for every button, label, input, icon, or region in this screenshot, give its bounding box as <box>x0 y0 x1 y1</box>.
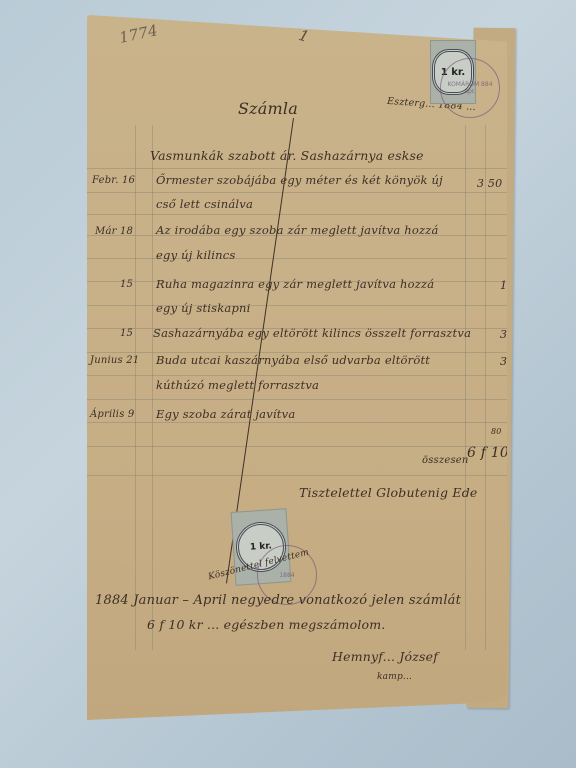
page-number: 1 <box>296 26 311 46</box>
entry-date: Febr. 16 <box>92 175 135 186</box>
ruled-line <box>87 168 507 169</box>
document-title: Számla <box>238 99 298 118</box>
footer-note-line1: 1884 Januar – April negyedre vonatkozó j… <box>95 593 461 608</box>
margin-rule <box>152 125 153 650</box>
total-amount: 6 f 10 <box>467 445 509 461</box>
ruled-line <box>87 422 507 423</box>
entry-line: egy új kilincs <box>156 248 236 262</box>
ruled-line <box>87 399 507 400</box>
entry-line: kúthúzó meglett forrasztva <box>156 378 319 392</box>
total-superscript: 80 <box>491 427 502 436</box>
archive-number: 1774 <box>118 21 160 47</box>
entry-line: Egy szoba zárat javítva <box>156 407 295 421</box>
margin-rule <box>135 125 136 650</box>
amount-rule <box>485 125 486 650</box>
signature: Hemnyf... József <box>332 649 438 664</box>
total-label: összesen <box>422 455 469 466</box>
entry-line: Sashazárnyába egy eltörött kilincs össze… <box>153 326 471 340</box>
invoice-paper: 1774 1 Számla Eszterg... 1884 ... Vasmun… <box>87 15 507 720</box>
entry-date: Már 18 <box>95 226 133 237</box>
ruled-line <box>87 192 507 193</box>
amount-rule <box>465 125 466 650</box>
entry-date: Április 9 <box>90 409 134 420</box>
ruled-line <box>87 305 507 306</box>
signoff: Tisztelettel Globutenig Ede <box>299 485 478 500</box>
entry-line: Az irodába egy szoba zár meglett javítva… <box>156 223 439 237</box>
entry-date: 15 <box>120 279 133 290</box>
ruled-line <box>87 446 507 447</box>
ruled-line <box>87 375 507 376</box>
entry-line: egy új stiskapni <box>156 301 251 315</box>
entry-date: Junius 21 <box>90 355 139 366</box>
entry-line: Ruha magazinra egy zár meglett javítva h… <box>156 277 434 291</box>
ruled-line <box>87 258 507 259</box>
footer-note-line2: 6 f 10 kr ... egészben megszámolom. <box>147 617 385 632</box>
signature-title: kamp... <box>377 672 412 682</box>
entry-line: Őrmester szobájába egy méter és két köny… <box>156 173 443 187</box>
ruled-line <box>87 214 507 215</box>
postmark-top: KOMÁROM 884 ápr. <box>440 58 500 118</box>
entry-line: cső lett csinálva <box>156 197 253 211</box>
entry-date: 15 <box>120 328 133 339</box>
entry-line: Buda utcai kaszárnyába első udvarba eltö… <box>156 353 430 367</box>
entry-amount: 3 50 <box>477 177 502 190</box>
ruled-line <box>87 475 507 476</box>
